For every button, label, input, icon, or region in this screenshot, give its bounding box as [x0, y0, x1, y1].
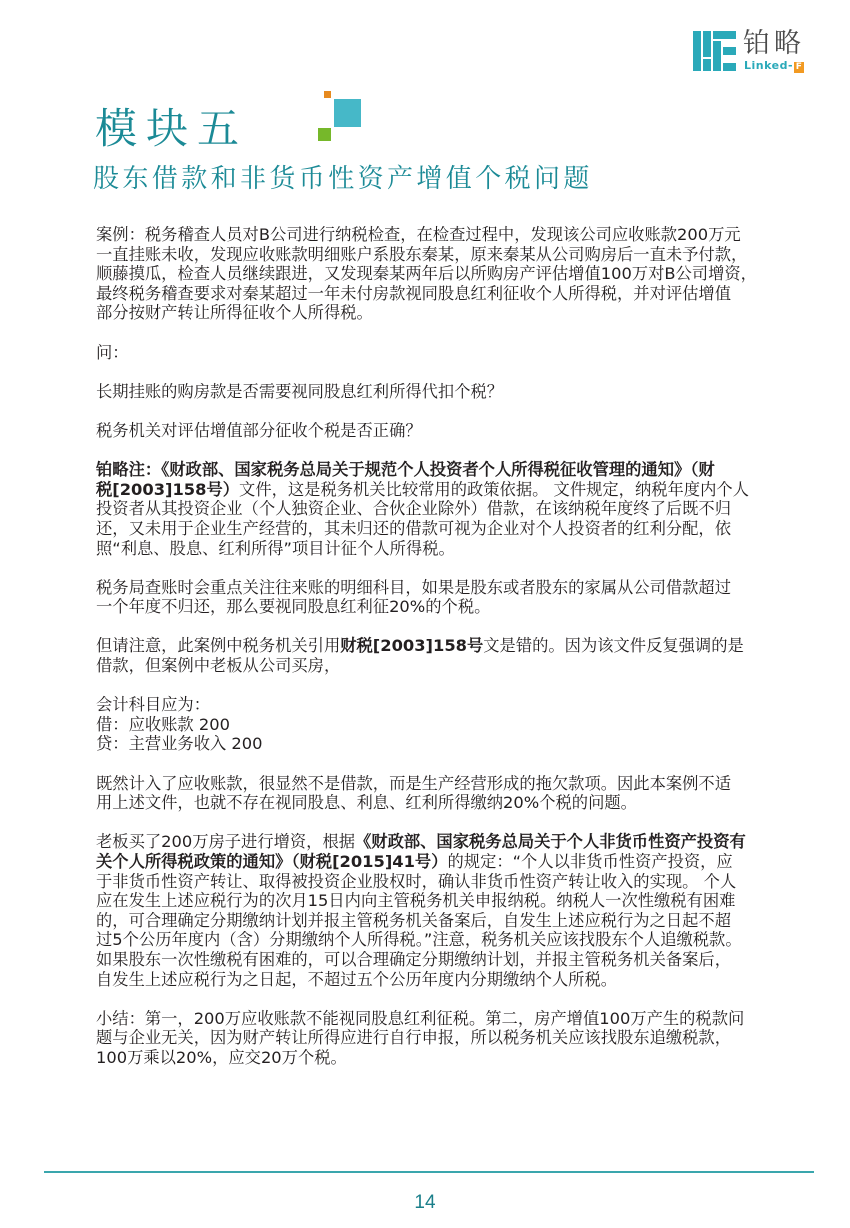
capital-increase-line2: 关个人所得税政策的通知》（财税[2015]41号）的规定：“个人以非货币性资产投…	[96, 852, 816, 872]
receivable-conclusion-paragraph: 既然计入了应收账款，很显然不是借款，而是生产经营形成的拖欠款项。因此本案例不适 …	[96, 774, 816, 813]
capital-increase-line: 于非货币性资产转让、取得被投资企业股权时，确认非货币性资产转让收入的实现。 个人	[96, 872, 816, 892]
audit-focus-line: 一个年度不归还，那么要视同股息红利征20%的个税。	[96, 597, 816, 617]
accounting-entry: 会计科目应为： 借：应收账款 200 贷：主营业务收入 200	[96, 695, 816, 754]
audit-focus-paragraph: 税务局查账时会重点关注往来账的明细科目，如果是股东或者股东的家属从公司借款超过 …	[96, 578, 816, 617]
caution-paragraph: 但请注意，此案例中税务机关引用财税[2003]158号文是错的。因为该文件反复强…	[96, 636, 816, 675]
caution-line1-post: 文是错的。因为该文件反复强调的是	[483, 636, 744, 655]
question-1: 长期挂账的购房款是否需要视同股息红利所得代扣个税？	[96, 382, 816, 402]
brand-f-box: F	[794, 62, 804, 73]
capital-increase-line1: 老板买了200万房子进行增资，根据《财政部、国家税务总局关于个人非货币性资产投资…	[96, 832, 816, 852]
capital-increase-line: 自发生上述应税行为之日起，不超过五个公历年度内分期缴纳个人所税。	[96, 970, 816, 990]
brand-name-cn: 铂略	[743, 29, 805, 59]
brand-logo-icon	[693, 31, 736, 71]
brand-name-en-text: Linked-	[744, 59, 793, 72]
summary-line: 100万乘以20%，应交20万个税。	[96, 1048, 816, 1068]
receivable-conclusion-line: 既然计入了应收账款，很显然不是借款，而是生产经营形成的拖欠款项。因此本案例不适	[96, 774, 816, 794]
note-line2-text: 文件，这是税务机关比较常用的政策依据。 文件规定，纳税年度内个人	[239, 480, 749, 499]
caution-citation: 财税[2003]158号	[340, 636, 483, 655]
note-paragraph: 铂略注：《财政部、国家税务总局关于规范个人投资者个人所得税征收管理的通知》（财 …	[96, 460, 816, 558]
note-line2: 税[2003]158号）文件，这是税务机关比较常用的政策依据。 文件规定，纳税年…	[96, 480, 816, 500]
capital-increase-line: 如果股东一次性缴税有困难的，可以合理确定分期缴纳计划，并报主管税务机关备案后，	[96, 950, 816, 970]
case-line: 最终税务稽查要求对秦某超过一年未付房款视同股息红利征收个人所得税，并对评估增值	[96, 284, 816, 304]
summary-paragraph: 小结：第一，200万应收账款不能视同股息红利征税。第二，房产增值100万产生的税…	[96, 1009, 816, 1068]
note-citation-line2: 税[2003]158号）	[96, 480, 239, 499]
capital-increase-line2-text: 的规定：“个人以非货币性资产投资，应	[448, 852, 733, 871]
capital-increase-line: 的，可合理确定分期缴纳计划并报主管税务机关备案后，自发生上述应税行为之日起不超	[96, 911, 816, 931]
case-line: 顺藤摸瓜，检查人员继续跟进，又发现秦某两年后以所购房产评估增值100万对B公司增…	[96, 264, 816, 284]
accounting-credit: 贷：主营业务收入 200	[96, 734, 816, 754]
brand-logo: 铂略 Linked-F	[693, 31, 823, 75]
caution-line2: 借款，但案例中老板从公司买房，	[96, 656, 816, 676]
brand-name-en: Linked-F	[744, 59, 804, 73]
decor-square-green	[318, 128, 331, 141]
case-paragraph: 案例：税务稽查人员对B公司进行纳税检查，在检查过程中，发现该公司应收账款200万…	[96, 225, 816, 323]
note-line: 投资者从其投资企业（个人独资企业、合伙企业除外）借款，在该纳税年度终了后既不归	[96, 499, 816, 519]
caution-line1-pre: 但请注意，此案例中税务机关引用	[96, 636, 340, 655]
case-line: 部分按财产转让所得征收个人所得税。	[96, 303, 816, 323]
note-citation-line1: 铂略注：《财政部、国家税务总局关于规范个人投资者个人所得税征收管理的通知》（财	[96, 460, 816, 480]
question-label: 问：	[96, 343, 816, 363]
summary-line: 题与企业无关，因为财产转让所得应进行自行申报，所以税务机关应该找股东追缴税款，	[96, 1028, 816, 1048]
decor-square-orange	[324, 91, 331, 98]
audit-focus-line: 税务局查账时会重点关注往来账的明细科目，如果是股东或者股东的家属从公司借款超过	[96, 578, 816, 598]
capital-increase-line1-pre: 老板买了200万房子进行增资，根据	[96, 832, 355, 851]
document-body: 案例：税务稽查人员对B公司进行纳税检查，在检查过程中，发现该公司应收账款200万…	[96, 225, 816, 1087]
capital-increase-citation-line2: 关个人所得税政策的通知》（财税[2015]41号）	[96, 852, 448, 871]
capital-increase-citation-line1: 《财政部、国家税务总局关于个人非货币性资产投资有	[355, 832, 746, 851]
decor-square-blue	[334, 99, 361, 127]
note-line: 照“利息、股息、红利所得”项目计征个人所得税。	[96, 539, 816, 559]
receivable-conclusion-line: 用上述文件，也就不存在视同股息、利息、红利所得缴纳20%个税的问题。	[96, 793, 816, 813]
caution-line1: 但请注意，此案例中税务机关引用财税[2003]158号文是错的。因为该文件反复强…	[96, 636, 816, 656]
page-number: 14	[0, 1192, 850, 1214]
note-line: 还，又未用于企业生产经营的，其未归还的借款可视为企业对个人投资者的红利分配，依	[96, 519, 816, 539]
case-line: 案例：税务稽查人员对B公司进行纳税检查，在检查过程中，发现该公司应收账款200万…	[96, 225, 816, 245]
summary-line: 小结：第一，200万应收账款不能视同股息红利征税。第二，房产增值100万产生的税…	[96, 1009, 816, 1029]
accounting-debit: 借：应收账款 200	[96, 715, 816, 735]
capital-increase-paragraph: 老板买了200万房子进行增资，根据《财政部、国家税务总局关于个人非货币性资产投资…	[96, 832, 816, 989]
footer-divider	[44, 1171, 814, 1173]
module-subtitle: 股东借款和非货币性资产增值个税问题	[93, 162, 593, 196]
module-title: 模块五	[95, 104, 248, 154]
capital-increase-line: 应在发生上述应税行为的次月15日内向主管税务机关申报纳税。纳税人一次性缴税有困难	[96, 891, 816, 911]
question-2: 税务机关对评估增值部分征收个税是否正确？	[96, 421, 816, 441]
capital-increase-line: 过5个公历年度内（含）分期缴纳个人所得税。”注意，税务机关应该找股东个人追缴税款…	[96, 930, 816, 950]
case-line: 一直挂账未收，发现应收账款明细账户系股东秦某，原来秦某从公司购房后一直未予付款，	[96, 245, 816, 265]
accounting-heading: 会计科目应为：	[96, 695, 816, 715]
